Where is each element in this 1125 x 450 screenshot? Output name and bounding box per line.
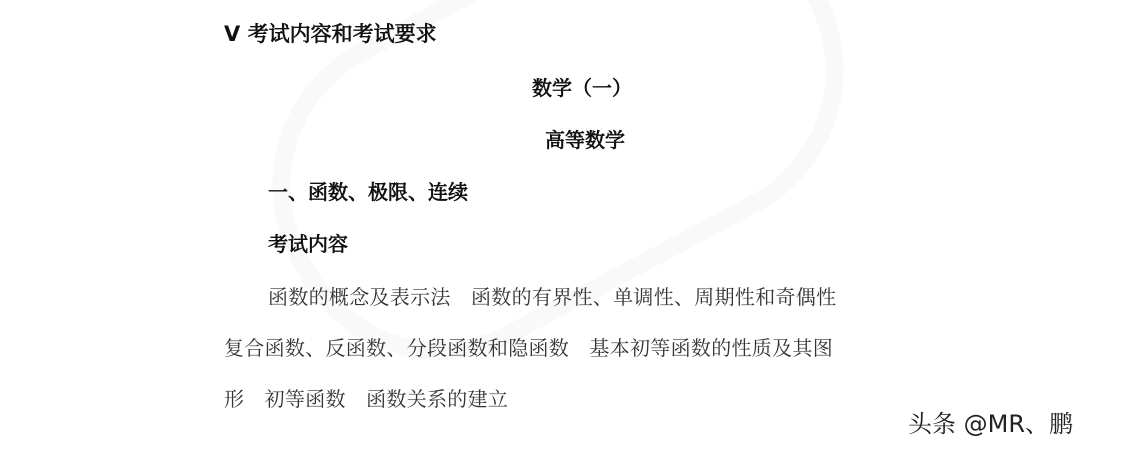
content-line-3: 形 初等函数 函数关系的建立 xyxy=(224,383,508,412)
content-line-2: 复合函数、反函数、分段函数和隐函数 基本初等函数的性质及其图 xyxy=(224,332,833,361)
content-label: 考试内容 xyxy=(268,228,348,257)
chapter-title: V 考试内容和考试要求 xyxy=(224,18,437,48)
subject-title: 数学（一） xyxy=(532,72,632,101)
author-credit-watermark: 头条 @MR、鹏 xyxy=(908,404,1073,439)
content-line-1: 函数的概念及表示法 函数的有界性、单调性、周期性和奇偶性 xyxy=(268,281,836,310)
section-title: 一、函数、极限、连续 xyxy=(268,176,468,205)
part-title: 高等数学 xyxy=(545,124,625,153)
